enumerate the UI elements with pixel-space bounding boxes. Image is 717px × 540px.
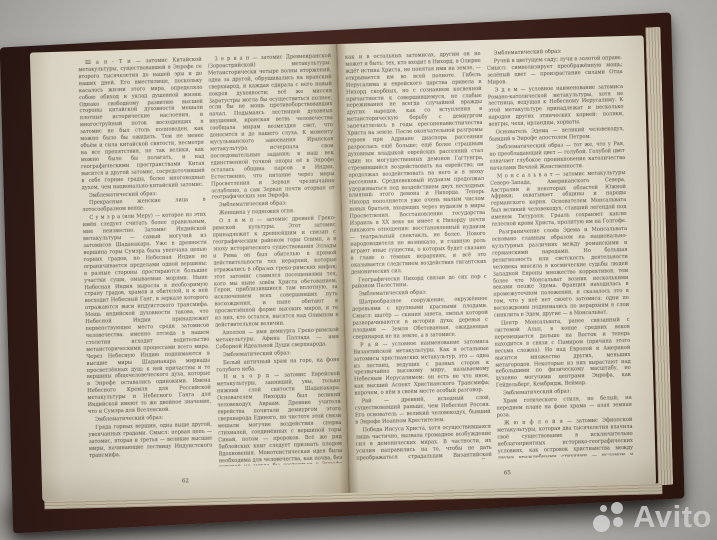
right-page: как и в остальных затомисах, другим он н…	[337, 35, 656, 492]
page-spread: Ш а н - Т и — затомис Китайской метакуль…	[30, 35, 656, 501]
right-page-text: как и в остальных затомисах, другим он н…	[337, 35, 656, 492]
left-page-column-1: Ш а н - Т и — затомис Китайской метакуль…	[78, 57, 213, 470]
left-page-text: Ш а н - Т и — затомис Китайской метакуль…	[30, 44, 349, 501]
avito-logo-icon	[593, 500, 628, 537]
left-page: Ш а н - Т и — затомис Китайской метакуль…	[30, 44, 349, 501]
avito-watermark: Avito	[593, 500, 712, 537]
open-book: Ш а н - Т и — затомис Китайской метакуль…	[7, 21, 672, 517]
left-page-column-2: З е р в а н — затомис Древнеиранской (Зо…	[208, 53, 343, 466]
right-page-column-2: Эмблематический образ:Ручей в цветущем с…	[486, 47, 633, 459]
avito-watermark-label: Avito	[633, 501, 712, 536]
book-product-photo: Ш а н - Т и — затомис Китайской метакуль…	[0, 0, 717, 540]
right-page-column-1: как и в остальных затомисах, другим он н…	[345, 51, 492, 463]
